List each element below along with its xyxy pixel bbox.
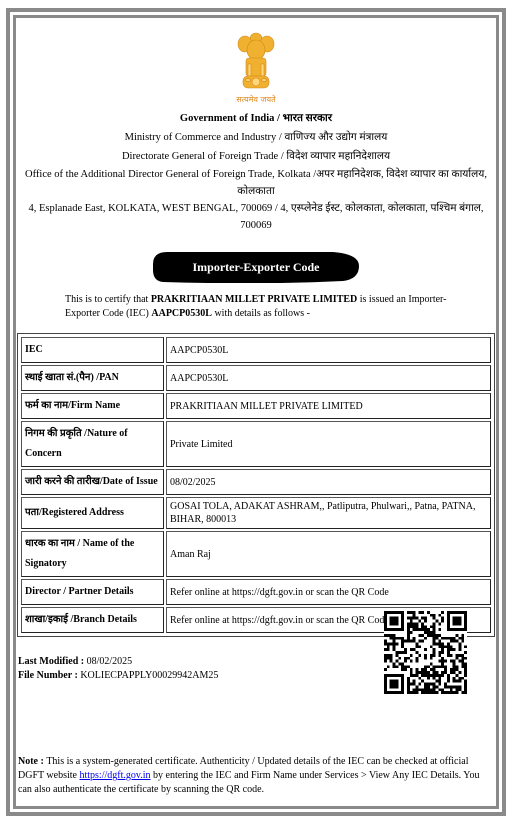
row-value: Aman Raj [166, 531, 491, 577]
table-row: IECAAPCP0530L [21, 337, 491, 363]
row-value: Refer online at https://dgft.gov.in or s… [166, 579, 491, 605]
row-label: धारक का नाम / Name of the Signatory [21, 531, 164, 577]
government-title: Government of India / भारत सरकार [16, 109, 496, 128]
certificate-title: Importer-Exporter Code [153, 252, 359, 283]
table-row: Director / Partner DetailsRefer online a… [21, 579, 491, 605]
row-label: जारी करने की तारीख/Date of Issue [21, 469, 164, 495]
svg-text:सत्यमेव जयते: सत्यमेव जयते [236, 94, 276, 104]
certification-statement: This is to certify that PRAKRITIAAN MILL… [65, 293, 465, 321]
table-row: फर्म का नाम/Firm NamePRAKRITIAAN MILLET … [21, 393, 491, 419]
footer-note: Note : This is a system-generated certif… [18, 755, 488, 797]
row-label: Director / Partner Details [21, 579, 164, 605]
national-emblem-icon: सत्यमेव जयते [226, 30, 286, 106]
row-label: निगम की प्रकृति /Nature of Concern [21, 421, 164, 467]
dgft-website-link[interactable]: https://dgft.gov.in [79, 770, 150, 781]
table-row: धारक का नाम / Name of the SignatoryAman … [21, 531, 491, 577]
table-row: पता/Registered AddressGOSAI TOLA, ADAKAT… [21, 497, 491, 529]
qr-code [384, 611, 467, 694]
office-line: Office of the Additional Director Genera… [20, 166, 492, 200]
row-value: GOSAI TOLA, ADAKAT ASHRAM,, Patliputra, … [166, 497, 491, 529]
directorate-line: Directorate General of Foreign Trade / व… [16, 147, 496, 166]
row-label: पता/Registered Address [21, 497, 164, 529]
row-label: शाखा/इकाई /Branch Details [21, 607, 164, 633]
row-label: स्थाई खाता सं.(पैन) /PAN [21, 365, 164, 391]
last-modified: Last Modified : 08/02/2025 [18, 655, 218, 669]
row-value: 08/02/2025 [166, 469, 491, 495]
row-value: Private Limited [166, 421, 491, 467]
certificate-title-badge: Importer-Exporter Code [153, 252, 359, 283]
row-value: PRAKRITIAAN MILLET PRIVATE LIMITED [166, 393, 491, 419]
row-value: AAPCP0530L [166, 337, 491, 363]
document-meta: Last Modified : 08/02/2025 File Number :… [18, 655, 218, 683]
office-address: 4, Esplanade East, KOLKATA, WEST BENGAL,… [20, 200, 492, 234]
row-label: फर्म का नाम/Firm Name [21, 393, 164, 419]
ministry-line: Ministry of Commerce and Industry / वाणि… [16, 128, 496, 147]
file-number: File Number : KOLIECPAPPLY00029942AM25 [18, 669, 218, 683]
firm-name-highlight: PRAKRITIAAN MILLET PRIVATE LIMITED [151, 294, 357, 305]
table-row: निगम की प्रकृति /Nature of ConcernPrivat… [21, 421, 491, 467]
table-row: स्थाई खाता सं.(पैन) /PANAAPCP0530L [21, 365, 491, 391]
iec-highlight: AAPCP0530L [151, 308, 212, 319]
table-row: जारी करने की तारीख/Date of Issue08/02/20… [21, 469, 491, 495]
row-value: AAPCP0530L [166, 365, 491, 391]
row-label: IEC [21, 337, 164, 363]
details-table: IECAAPCP0530Lस्थाई खाता सं.(पैन) /PANAAP… [17, 333, 495, 637]
